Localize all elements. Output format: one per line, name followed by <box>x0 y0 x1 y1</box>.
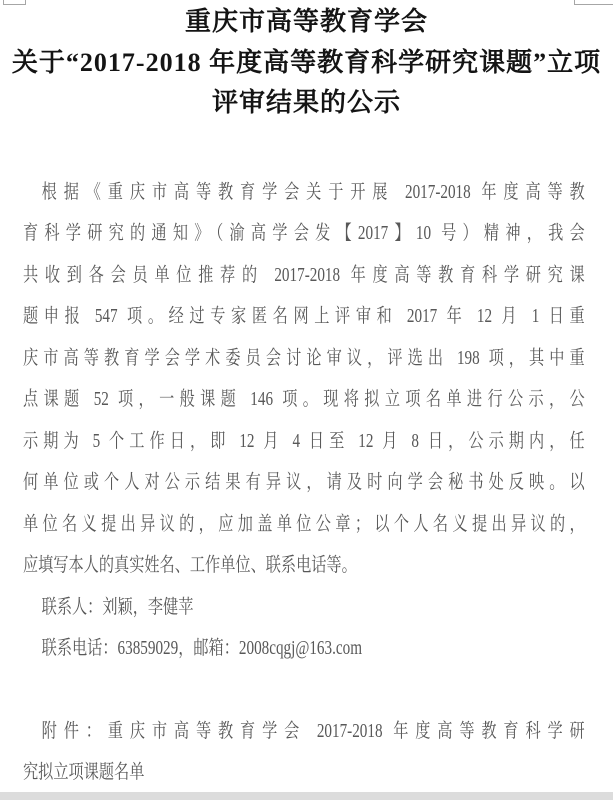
attachment-line: 附件：重庆市高等教育学会 2017-2018 年度高等教育科学研 <box>23 711 585 752</box>
contact-phone-email-line: 联系电话：63859029，邮箱：2008cqgj@163.com <box>23 628 585 669</box>
paragraph-line: 根据《重庆市高等教育学会关于开展 2017-2018 年度高等教 <box>23 172 585 213</box>
document-body: 根据《重庆市高等教育学会关于开展 2017-2018 年度高等教 育科学研究的通… <box>23 172 585 794</box>
paragraph-line: 应填写本人的真实姓名、工作单位、联系电话等。 <box>23 545 585 586</box>
attachment-line: 究拟立项课题名单 <box>23 752 585 793</box>
paragraph-line: 点课题 52 项，一般课题 146 项。现将拟立项名单进行公示，公 <box>23 379 585 420</box>
paragraph-line: 共收到各会员单位推荐的 2017-2018 年度高等教育科学研究课 <box>23 255 585 296</box>
contact-person-line: 联系人：刘颖，李健苹 <box>23 587 585 628</box>
paragraph-line: 题申报 547 项。经过专家匿名网上评审和 2017 年 12 月 1 日重 <box>23 296 585 337</box>
paragraph-line: 何单位或个人对公示结果有异议，请及时向学会秘书处反映。以 <box>23 462 585 503</box>
title-line-subject: 关于“2017-2018 年度高等教育科学研究课题”立项 <box>0 43 613 84</box>
paragraph-line: 庆市高等教育学会学术委员会讨论审议，评选出 198 项，其中重 <box>23 338 585 379</box>
title-line-org: 重庆市高等教育学会 <box>0 2 613 43</box>
paragraph-line: 示期为 5 个工作日，即 12 月 4 日至 12 月 8 日，公示期内，任 <box>23 421 585 462</box>
bottom-edge-bar <box>0 792 613 800</box>
title-line-result: 评审结果的公示 <box>0 83 613 124</box>
paragraph-line: 育科学研究的通知》（渝高学会发【2017】10 号）精神，我会 <box>23 213 585 254</box>
document-title: 重庆市高等教育学会 关于“2017-2018 年度高等教育科学研究课题”立项 评… <box>0 2 613 124</box>
paragraph-line: 单位名义提出异议的，应加盖单位公章；以个人名义提出异议的， <box>23 504 585 545</box>
